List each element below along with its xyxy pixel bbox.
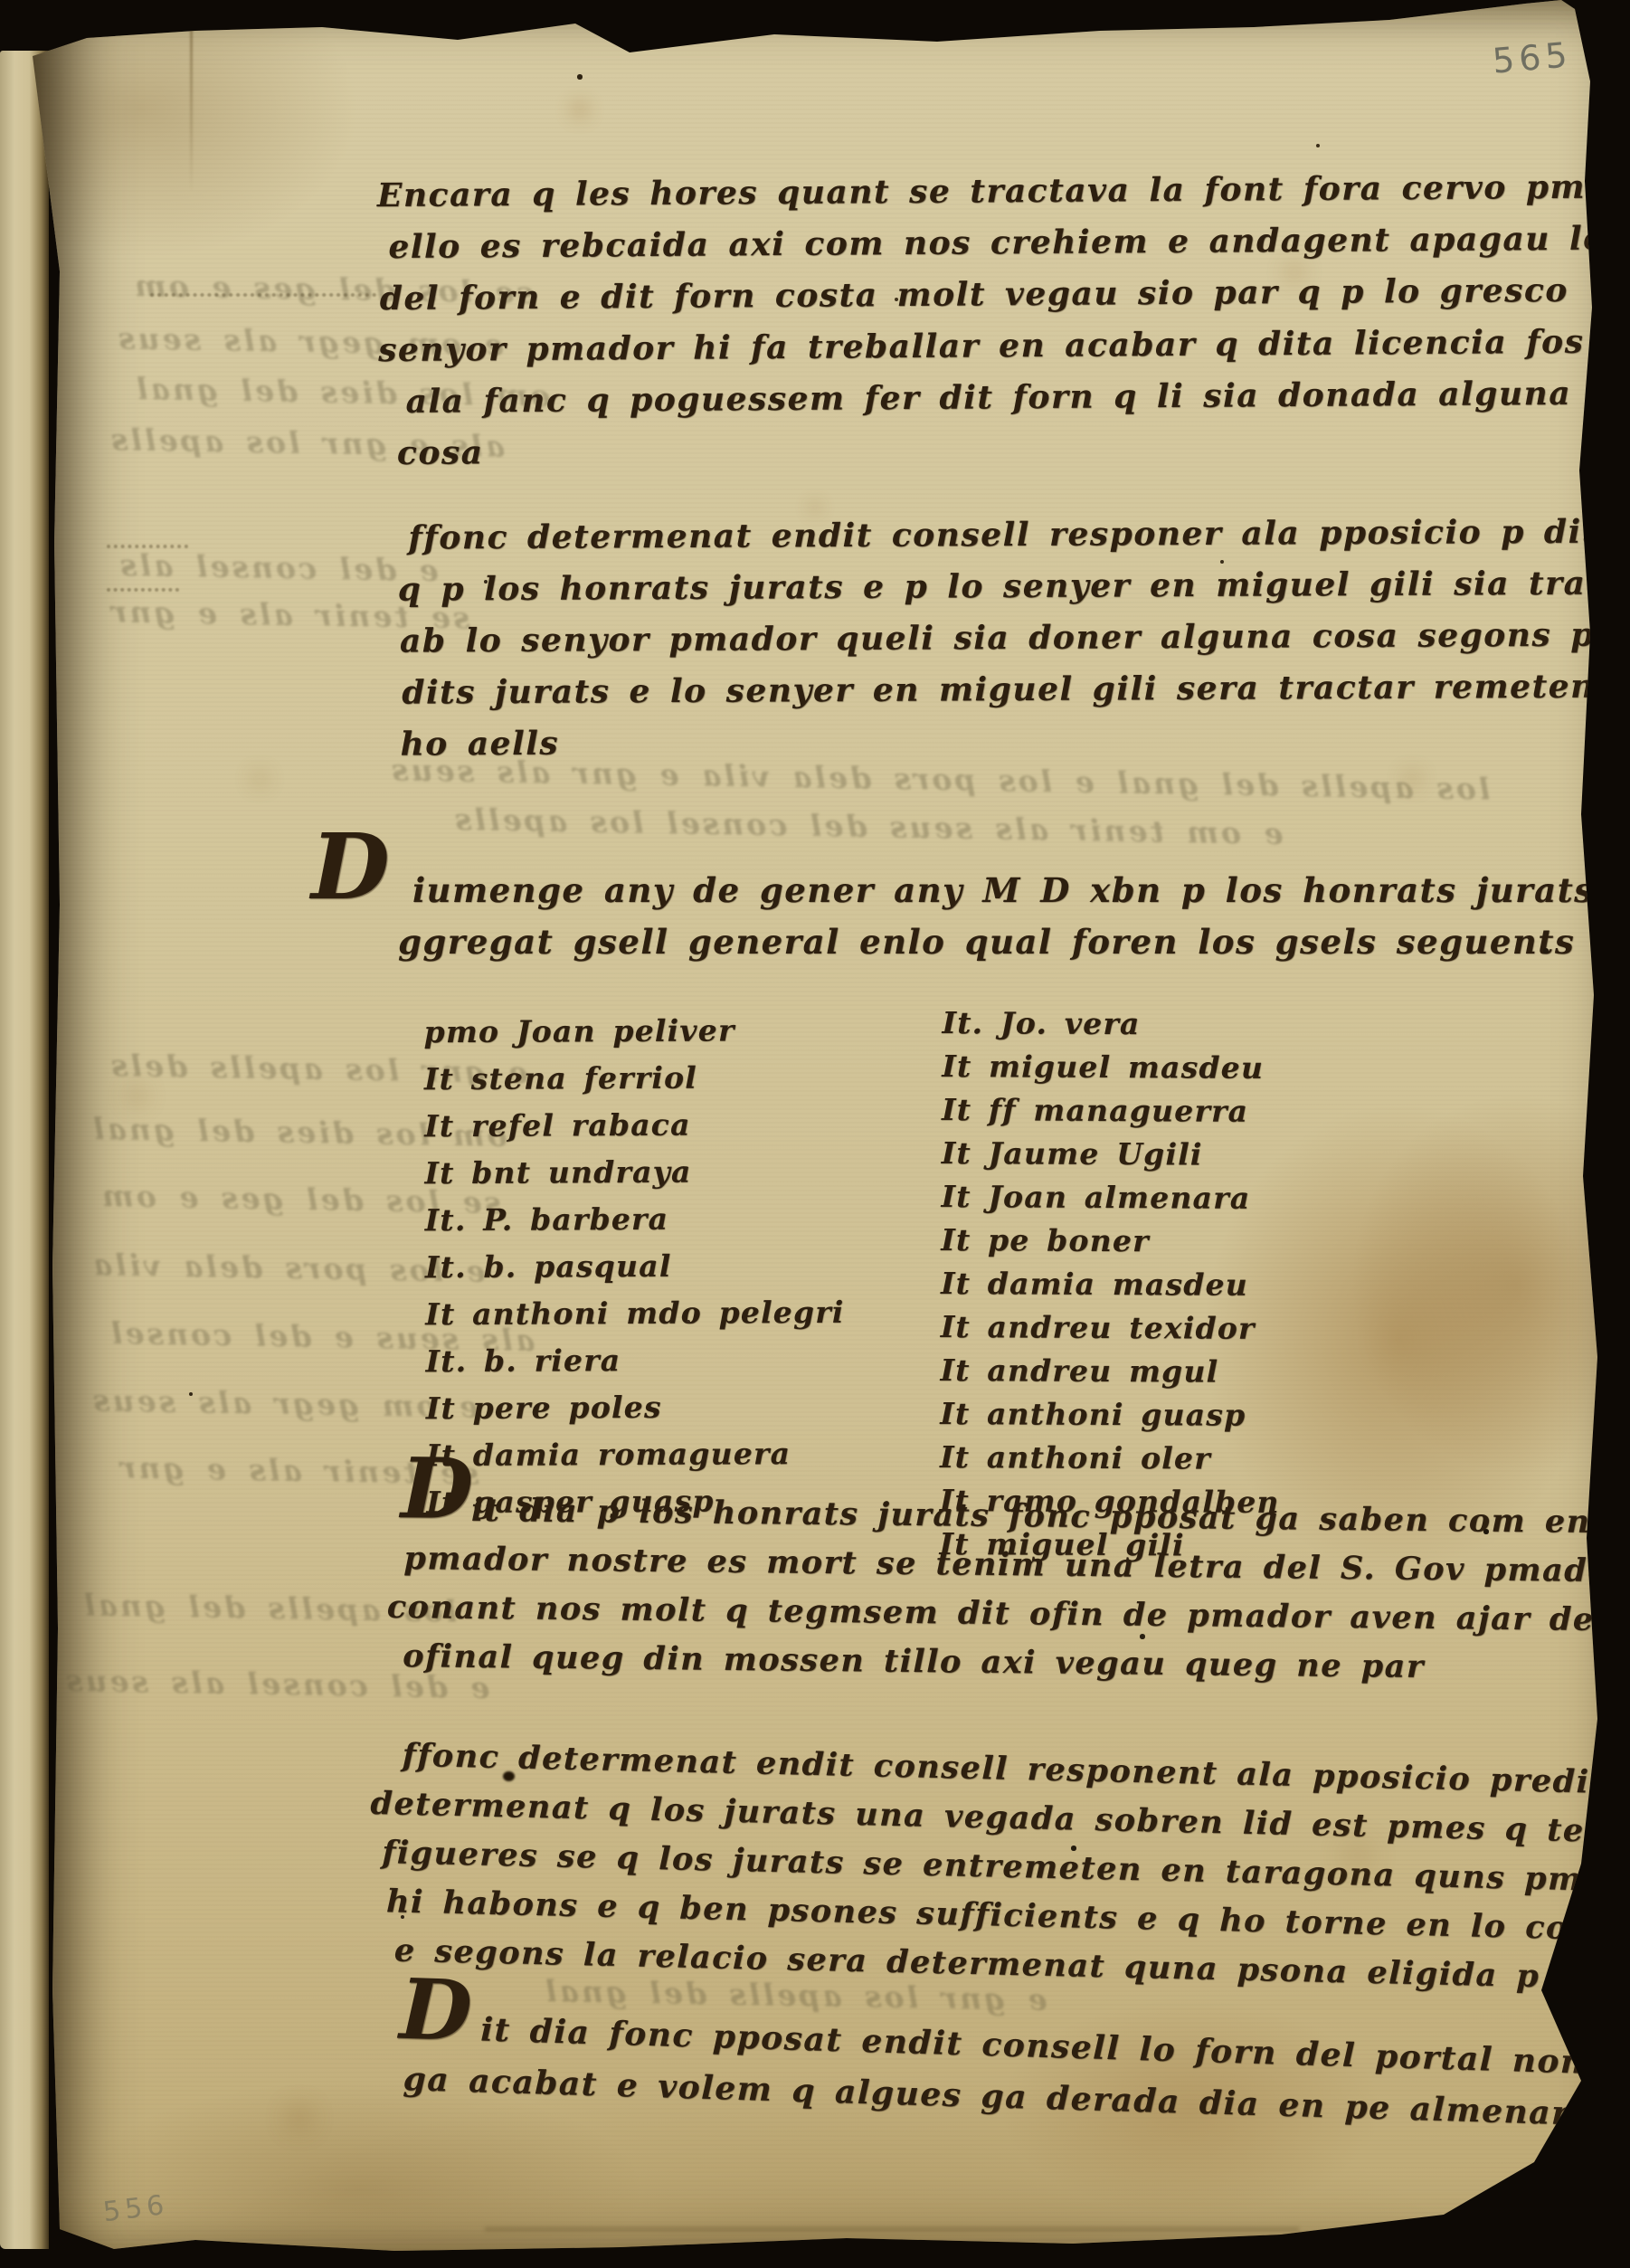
manuscript-line: ggregat gsell general enlo qual foren lo… bbox=[398, 922, 1630, 973]
paper-crease bbox=[485, 2227, 1299, 2231]
paragraph-proposal-procurador: D it dia p los honrats jurats fonc pposa… bbox=[403, 1491, 1630, 1701]
attendee-name: pmo Joan peliver bbox=[424, 1012, 844, 1061]
secondary-folio-number: 556 bbox=[101, 2189, 170, 2229]
attendee-name: It pe boner bbox=[941, 1222, 1281, 1267]
paragraph-determination-2: ffonc determenat endit consell responent… bbox=[379, 1736, 1630, 2011]
manuscript-line: cosa bbox=[397, 425, 1630, 486]
paragraph-fornpromise: Encara q les hores quant se tractava la … bbox=[377, 167, 1630, 486]
paper-crease bbox=[190, 29, 193, 192]
ghost-dash bbox=[150, 293, 376, 297]
attendee-list-left: pmo Joan peliver It stena ferriol It ref… bbox=[424, 1012, 846, 1532]
manuscript-line: iumenge any de gener any M D xbn p los h… bbox=[412, 870, 1630, 922]
manuscript-line: ala fanc q poguessem fer dit forn q li s… bbox=[405, 374, 1630, 434]
manuscript-line: del forn e dit forn costa molt vegau sio… bbox=[380, 270, 1630, 331]
manuscript-line: ffonc determenat endit consell responer … bbox=[408, 512, 1630, 570]
folio-number: 565 bbox=[1491, 34, 1573, 81]
attendee-name: It anthoni mdo pelegri bbox=[425, 1295, 845, 1343]
ghost-dash bbox=[107, 588, 179, 592]
large-initial-d: D bbox=[399, 1974, 473, 2047]
ghost-dash bbox=[107, 545, 188, 548]
attendee-name: It Joan almenara bbox=[941, 1179, 1281, 1224]
attendee-name: It. b. pasqual bbox=[425, 1248, 845, 1296]
manuscript-line: dits jurats e lo senyer en miguel gili s… bbox=[402, 667, 1630, 725]
foxing-spots bbox=[33, 0, 34, 2]
ink-blot bbox=[503, 1771, 515, 1781]
manuscript-line: ab lo senyor pmador queli sia doner algu… bbox=[400, 615, 1630, 673]
attendee-name: It. Jo. vera bbox=[942, 1005, 1282, 1050]
manuscript-line: Encara q les hores quant se tractava la … bbox=[377, 167, 1630, 228]
attendee-name: It anthoni oler bbox=[940, 1439, 1280, 1485]
adjacent-page-edge bbox=[0, 51, 49, 2249]
manuscript-page: 565 se los del ges e om e om gegr als se… bbox=[33, 0, 1630, 2268]
manuscript-line: ello es rebcaida axi com nos crehiem e a… bbox=[388, 219, 1630, 280]
attendee-name: It andreu texidor bbox=[941, 1309, 1281, 1354]
manuscript-line: ho aells bbox=[400, 718, 1630, 776]
ink-specks bbox=[33, 0, 34, 2]
manuscript-line: q p los honrats jurats e p lo senyer en … bbox=[398, 564, 1630, 622]
attendee-name: It ff managuerra bbox=[942, 1092, 1282, 1137]
attendee-name: It miguel masdeu bbox=[942, 1049, 1282, 1094]
large-initial-d: D bbox=[401, 1453, 474, 1524]
ghost-line: e om tenir als seus del consel los apell… bbox=[452, 802, 1284, 851]
ghost-line: e om gegr als seus bbox=[90, 1382, 479, 1424]
attendee-name: It. P. barbera bbox=[425, 1200, 845, 1249]
attendee-list-right: It. Jo. vera It miguel masdeu It ff mana… bbox=[939, 1005, 1282, 1571]
attendee-name: It Jaume Ugili bbox=[942, 1135, 1282, 1181]
paragraph-forn-portal: D it dia fonc pposat endit consell lo fo… bbox=[403, 2008, 1630, 2151]
scan-background: { "page": { "folio_number": "565", "bott… bbox=[0, 0, 1630, 2268]
attendee-name: It. b. riera bbox=[425, 1342, 845, 1390]
attendee-name: It refel rabaca bbox=[424, 1106, 844, 1155]
manuscript-line: senyor pmador hi fa treballar en acabar … bbox=[378, 322, 1630, 383]
attendee-name: It damia masdeu bbox=[941, 1266, 1281, 1311]
paragraph-session-date: D iumenge any de gener any M D xbn p los… bbox=[311, 870, 1630, 973]
attendee-name: It damia romaguera bbox=[426, 1436, 846, 1485]
attendee-name: It bnt undraya bbox=[424, 1153, 844, 1202]
attendee-name: It pere poles bbox=[426, 1389, 846, 1438]
manuscript-scan: 565 se los del ges e om e om gegr als se… bbox=[0, 0, 1630, 2268]
large-initial-d: D bbox=[311, 829, 390, 906]
attendee-name: It anthoni guasp bbox=[940, 1396, 1280, 1441]
attendee-name: It stena ferriol bbox=[424, 1059, 844, 1108]
paragraph-determination-1: ffonc determenat endit consell responer … bbox=[383, 512, 1630, 776]
attendee-name: It andreu mgul bbox=[940, 1352, 1280, 1398]
